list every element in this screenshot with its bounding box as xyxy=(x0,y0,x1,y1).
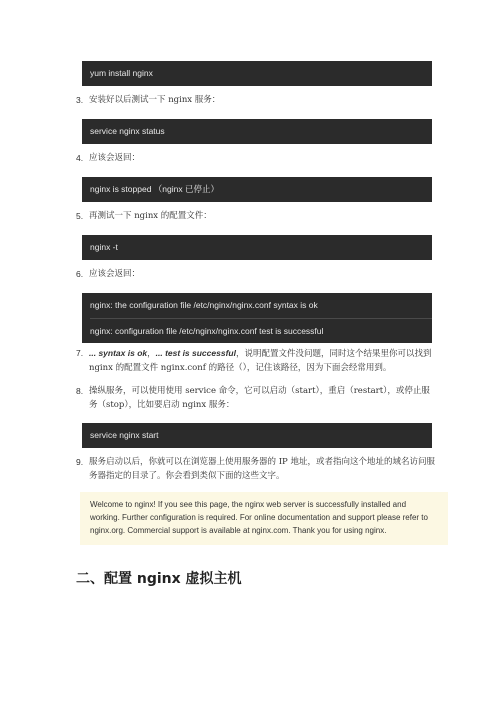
code-block-install: yum install nginx xyxy=(82,61,432,86)
list-item-6: 6. 应该会返回： xyxy=(76,267,436,281)
list-item-4: 4. 应该会返回： xyxy=(76,151,436,165)
code-line: nginx: the configuration file /etc/nginx… xyxy=(90,293,432,318)
code-block-stopped: nginx is stopped （nginx 已停止） xyxy=(82,177,432,202)
welcome-message-box: Welcome to nginx! If you see this page, … xyxy=(80,492,448,545)
code-line: service nginx status xyxy=(90,119,432,144)
list-item-7: 7. ... syntax is ok，... test is successf… xyxy=(76,346,436,375)
list-item-9: 9. 服务启动以后，你就可以在浏览器上使用服务器的 IP 地址，或者指向这个地址… xyxy=(76,455,436,483)
code-block-test-result: nginx: the configuration file /etc/nginx… xyxy=(82,293,432,343)
list-item-3: 3. 安装好以后测试一下 nginx 服务： xyxy=(76,93,436,107)
code-block-test: nginx -t xyxy=(82,235,432,260)
list-item-8: 8. 操纵服务，可以使用使用 service 命令，它可以启动（start），重… xyxy=(76,384,436,412)
code-line: nginx: configuration file /etc/nginx/ngi… xyxy=(90,318,432,343)
list-item-5: 5. 再测试一下 nginx 的配置文件： xyxy=(76,209,436,223)
code-line: nginx -t xyxy=(90,235,432,260)
code-line: nginx is stopped （nginx 已停止） xyxy=(90,177,432,202)
section-heading: 二、配置 nginx 虚拟主机 xyxy=(76,568,242,588)
code-line: yum install nginx xyxy=(90,61,432,86)
code-block-start: service nginx start xyxy=(82,423,432,448)
code-block-status: service nginx status xyxy=(82,119,432,144)
code-line: service nginx start xyxy=(90,423,432,448)
